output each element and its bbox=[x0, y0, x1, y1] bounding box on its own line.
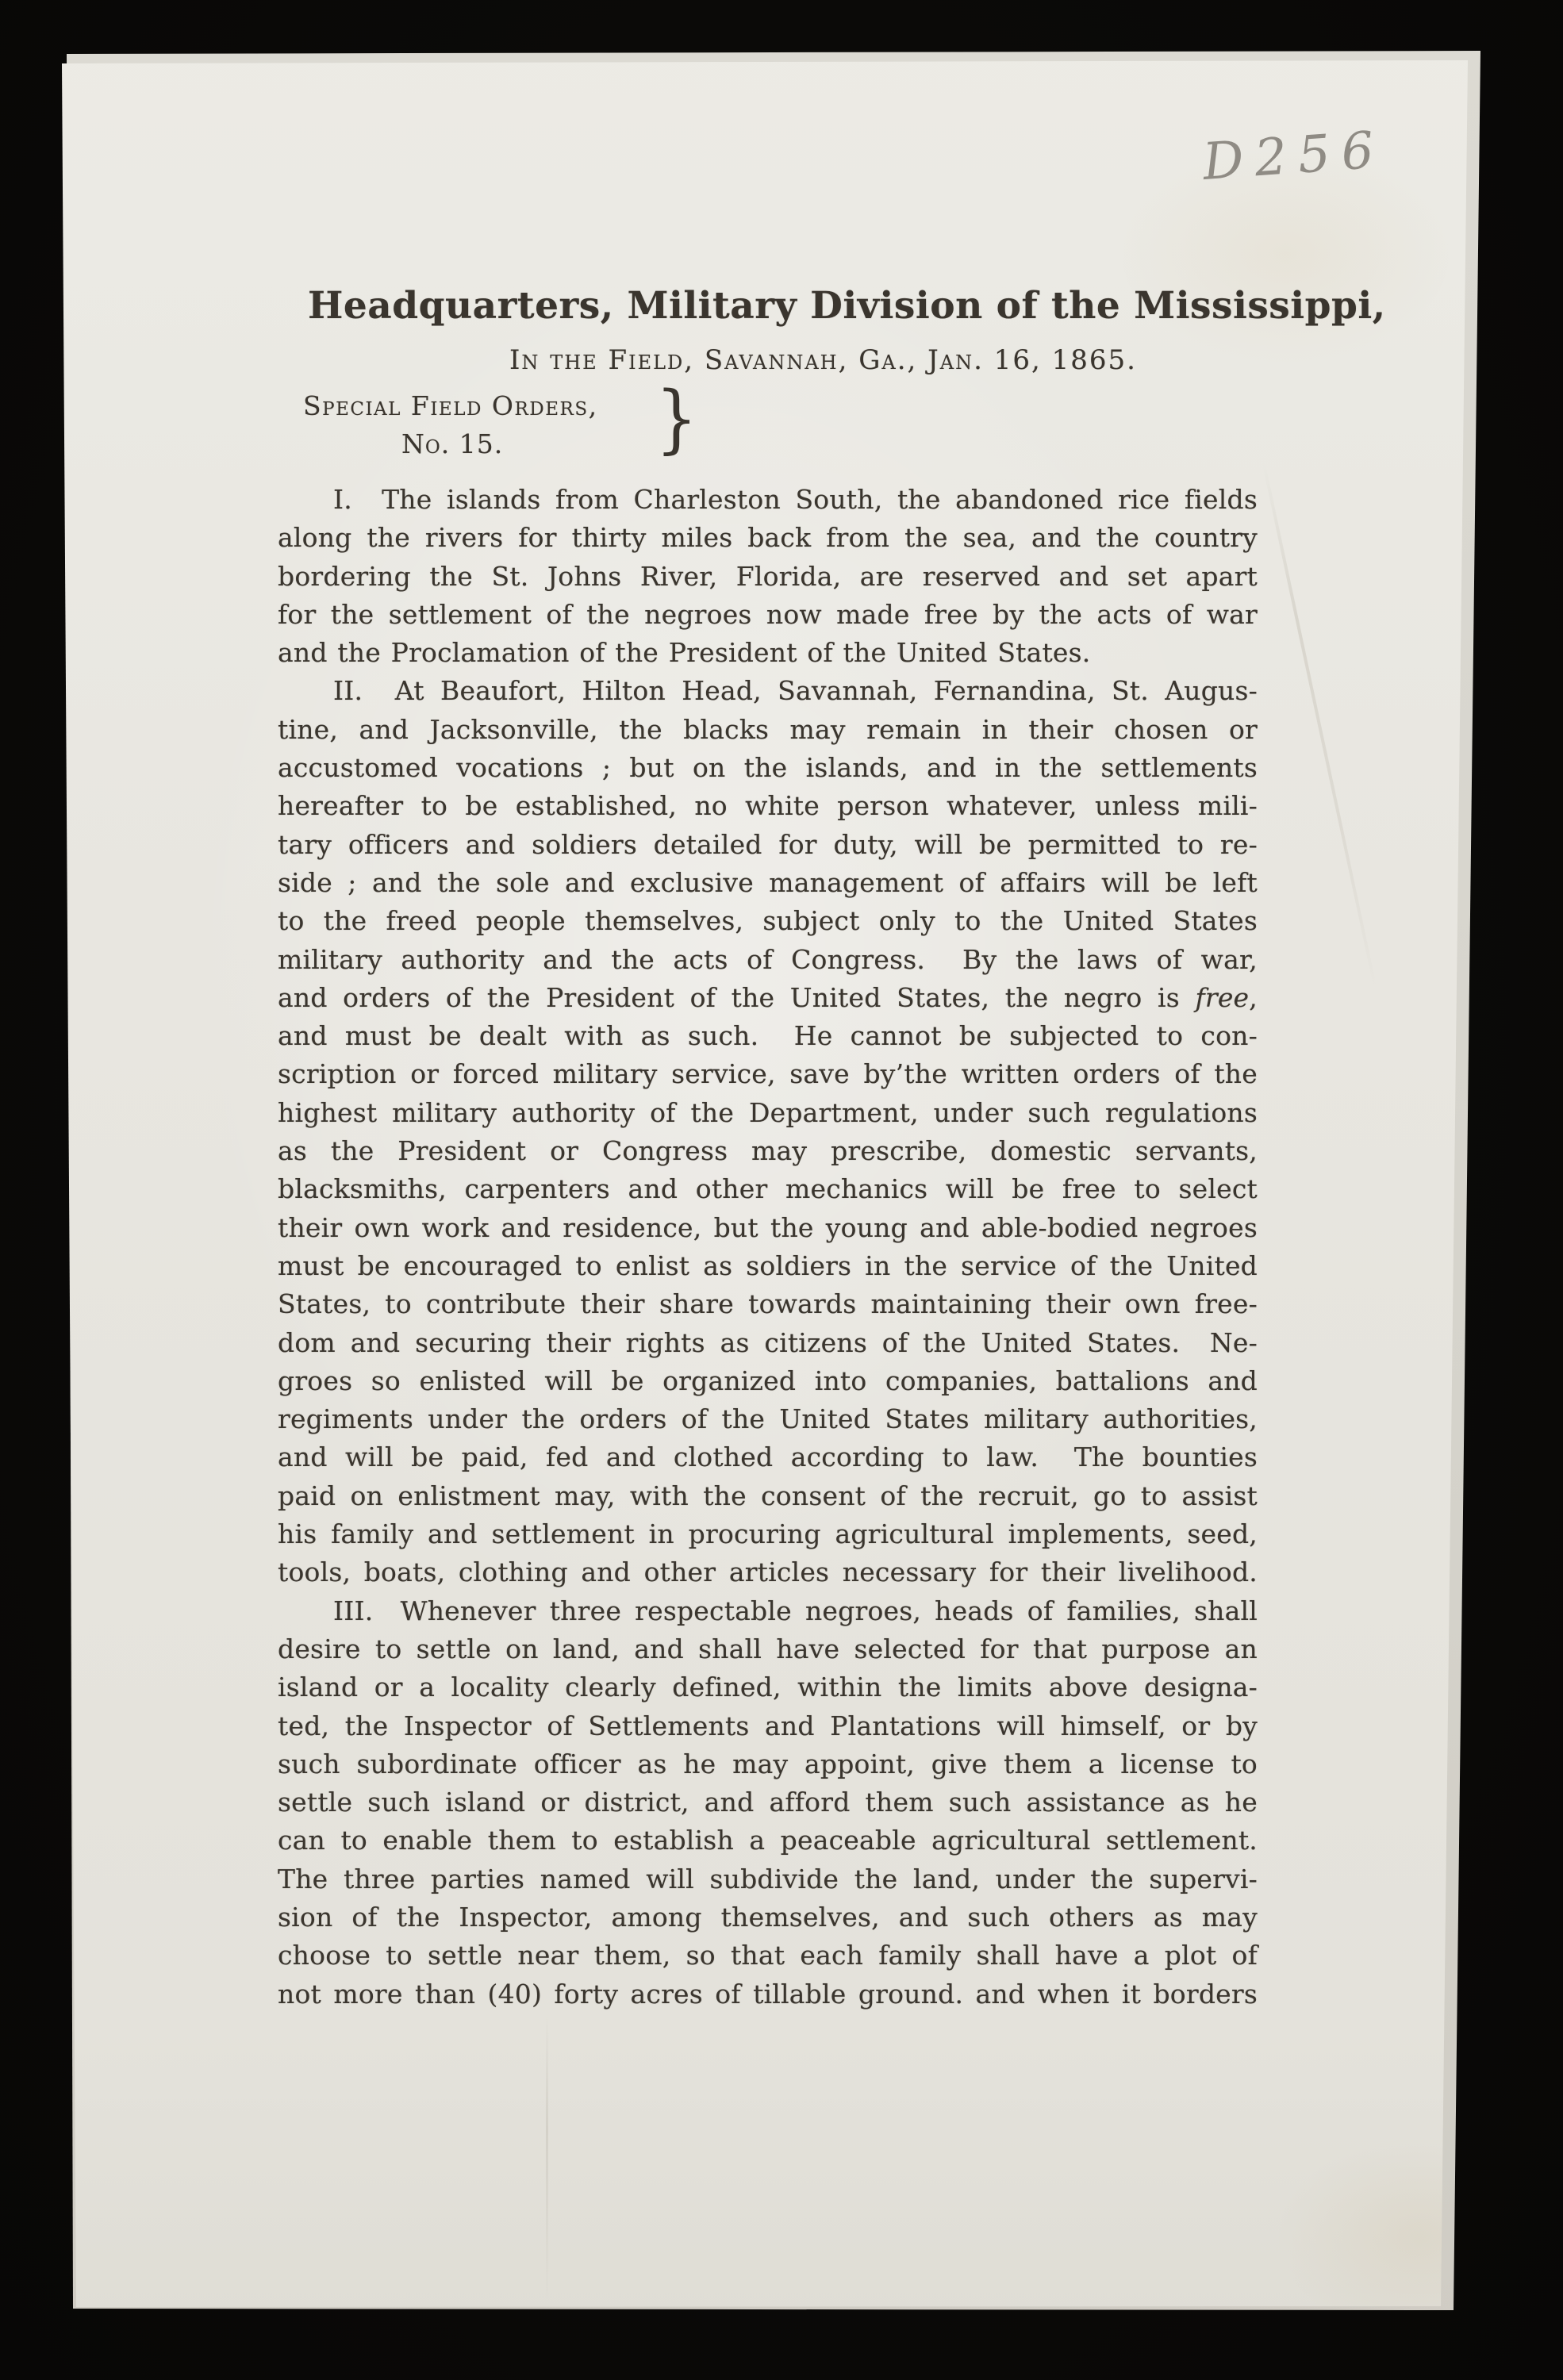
text-line: bordering the St. Johns River, Florida, … bbox=[278, 558, 1258, 596]
handwritten-catalog-number: D256 bbox=[1201, 121, 1387, 192]
text-line: to the freed people themselves, subject … bbox=[278, 902, 1258, 940]
text-line: ted, the Inspector of Settlements and Pl… bbox=[278, 1707, 1258, 1745]
scan-background: D256 Headquarters, Military Division of … bbox=[0, 0, 1563, 2380]
text-line: III. Whenever three respectable negroes,… bbox=[278, 1592, 1258, 1630]
text-line: scription or forced military service, sa… bbox=[278, 1055, 1258, 1093]
text-line: I. The islands from Charleston South, th… bbox=[278, 481, 1258, 519]
order-designation: Special Field Orders, bbox=[303, 390, 598, 421]
text-line: along the rivers for thirty miles back f… bbox=[278, 519, 1258, 557]
text-line: military authority and the acts of Congr… bbox=[278, 941, 1258, 979]
text-line: for the settlement of the negroes now ma… bbox=[278, 596, 1258, 634]
text-line: tary officers and soldiers detailed for … bbox=[278, 826, 1258, 864]
document-title: Headquarters, Military Division of the M… bbox=[308, 286, 1386, 327]
text-line: tine, and Jacksonville, the blacks may r… bbox=[278, 711, 1258, 749]
text-line: and orders of the President of the Unite… bbox=[278, 979, 1258, 1017]
text-line: paid on enlistment may, with the consent… bbox=[278, 1477, 1258, 1515]
text-line: II. At Beaufort, Hilton Head, Savannah, … bbox=[278, 672, 1258, 710]
text-line: his family and settlement in procuring a… bbox=[278, 1515, 1258, 1553]
text-line: blacksmiths, carpenters and other mechan… bbox=[278, 1170, 1258, 1208]
text-line: as the President or Congress may prescri… bbox=[278, 1132, 1258, 1170]
text-line: sion of the Inspector, among themselves,… bbox=[278, 1898, 1258, 1937]
text-line: hereafter to be established, no white pe… bbox=[278, 787, 1258, 825]
paragraph-ii: II. At Beaufort, Hilton Head, Savannah, … bbox=[278, 672, 1258, 1591]
order-number: No. 15. bbox=[401, 428, 503, 459]
text-line: desire to settle on land, and shall have… bbox=[278, 1630, 1258, 1668]
text-line: settle such island or district, and affo… bbox=[278, 1783, 1258, 1821]
text-line: regiments under the orders of the United… bbox=[278, 1400, 1258, 1438]
text-line: their own work and residence, but the yo… bbox=[278, 1209, 1258, 1247]
text-line: and will be paid, fed and clothed accord… bbox=[278, 1438, 1258, 1476]
paragraph-i: I. The islands from Charleston South, th… bbox=[278, 481, 1258, 672]
body-text: I. The islands from Charleston South, th… bbox=[278, 481, 1258, 2013]
text-line: side ; and the sole and exclusive manage… bbox=[278, 864, 1258, 902]
text-line: choose to settle near them, so that each… bbox=[278, 1937, 1258, 1975]
text-line: not more than (40) forty acres of tillab… bbox=[278, 1975, 1258, 2013]
text-line: The three parties named will subdivide t… bbox=[278, 1860, 1258, 1898]
text-line: States, to contribute their share toward… bbox=[278, 1285, 1258, 1323]
text-line: highest military authority of the Depart… bbox=[278, 1094, 1258, 1132]
text-line: such subordinate officer as he may appoi… bbox=[278, 1745, 1258, 1783]
paragraph-iii: III. Whenever three respectable negroes,… bbox=[278, 1592, 1258, 2013]
text-line: can to enable them to establish a peacea… bbox=[278, 1821, 1258, 1860]
text-line: groes so enlisted will be organized into… bbox=[278, 1362, 1258, 1400]
text-line: tools, boats, clothing and other article… bbox=[278, 1553, 1258, 1591]
paper-crease bbox=[546, 2015, 548, 2301]
text-line: and must be dealt with as such. He canno… bbox=[278, 1017, 1258, 1055]
text-line: dom and securing their rights as citizen… bbox=[278, 1324, 1258, 1362]
paper-crease bbox=[1262, 460, 1377, 988]
paper-sheet: D256 Headquarters, Military Division of … bbox=[0, 0, 1563, 2380]
text-line: and the Proclamation of the President of… bbox=[278, 634, 1258, 672]
text-line: accustomed vocations ; but on the island… bbox=[278, 749, 1258, 787]
text-line: must be encouraged to enlist as soldiers… bbox=[278, 1247, 1258, 1285]
order-brace-glyph: } bbox=[655, 381, 697, 455]
text-line: island or a locality clearly defined, wi… bbox=[278, 1668, 1258, 1706]
document-dateline: In the Field, Savannah, Ga., Jan. 16, 18… bbox=[509, 344, 1137, 376]
